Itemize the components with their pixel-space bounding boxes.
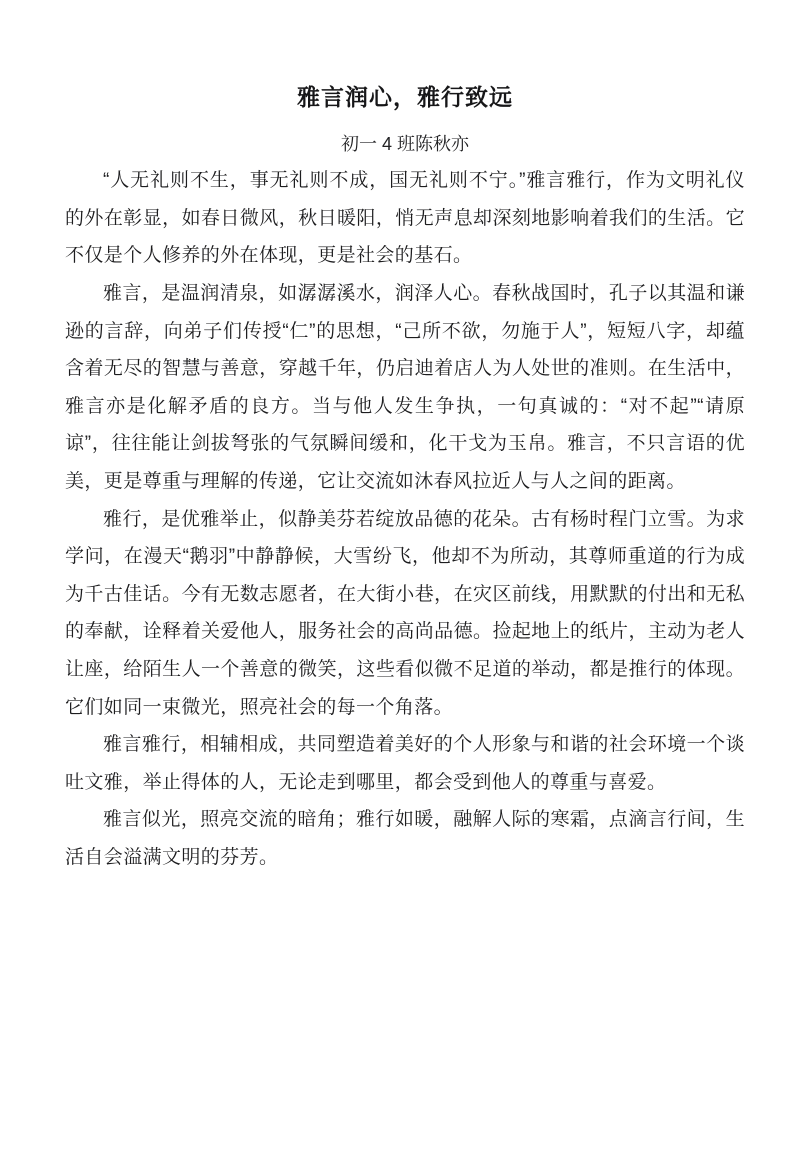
- essay-paragraph-3: 雅行，是优雅举止，似静美芬若绽放品德的花朵。古有杨时程门立雪。为求学问，在漫天“…: [65, 501, 745, 727]
- essay-author: 初一 4 班陈秋亦: [65, 134, 745, 156]
- essay-body: “人无礼则不生，事无礼则不成，国无礼则不宁。”雅言雅行，作为文明礼仪的外在彰显，…: [65, 162, 745, 876]
- essay-title: 雅言润心，雅行致远: [65, 84, 745, 112]
- essay-paragraph-5: 雅言似光，照亮交流的暗角；雅行如暖，融解人际的寒霜，点滴言行间，生活自会溢满文明…: [65, 801, 745, 876]
- essay-paragraph-4: 雅言雅行，相辅相成，共同塑造着美好的个人形象与和谐的社会环境一个谈吐文雅，举止得…: [65, 726, 745, 801]
- essay-paragraph-1: “人无礼则不生，事无礼则不成，国无礼则不宁。”雅言雅行，作为文明礼仪的外在彰显，…: [65, 162, 745, 275]
- document-page: 雅言润心，雅行致远 初一 4 班陈秋亦 “人无礼则不生，事无礼则不成，国无礼则不…: [0, 0, 807, 1175]
- essay-paragraph-2: 雅言，是温润清泉，如潺潺溪水，润泽人心。春秋战国时，孔子以其温和谦逊的言辞，向弟…: [65, 275, 745, 501]
